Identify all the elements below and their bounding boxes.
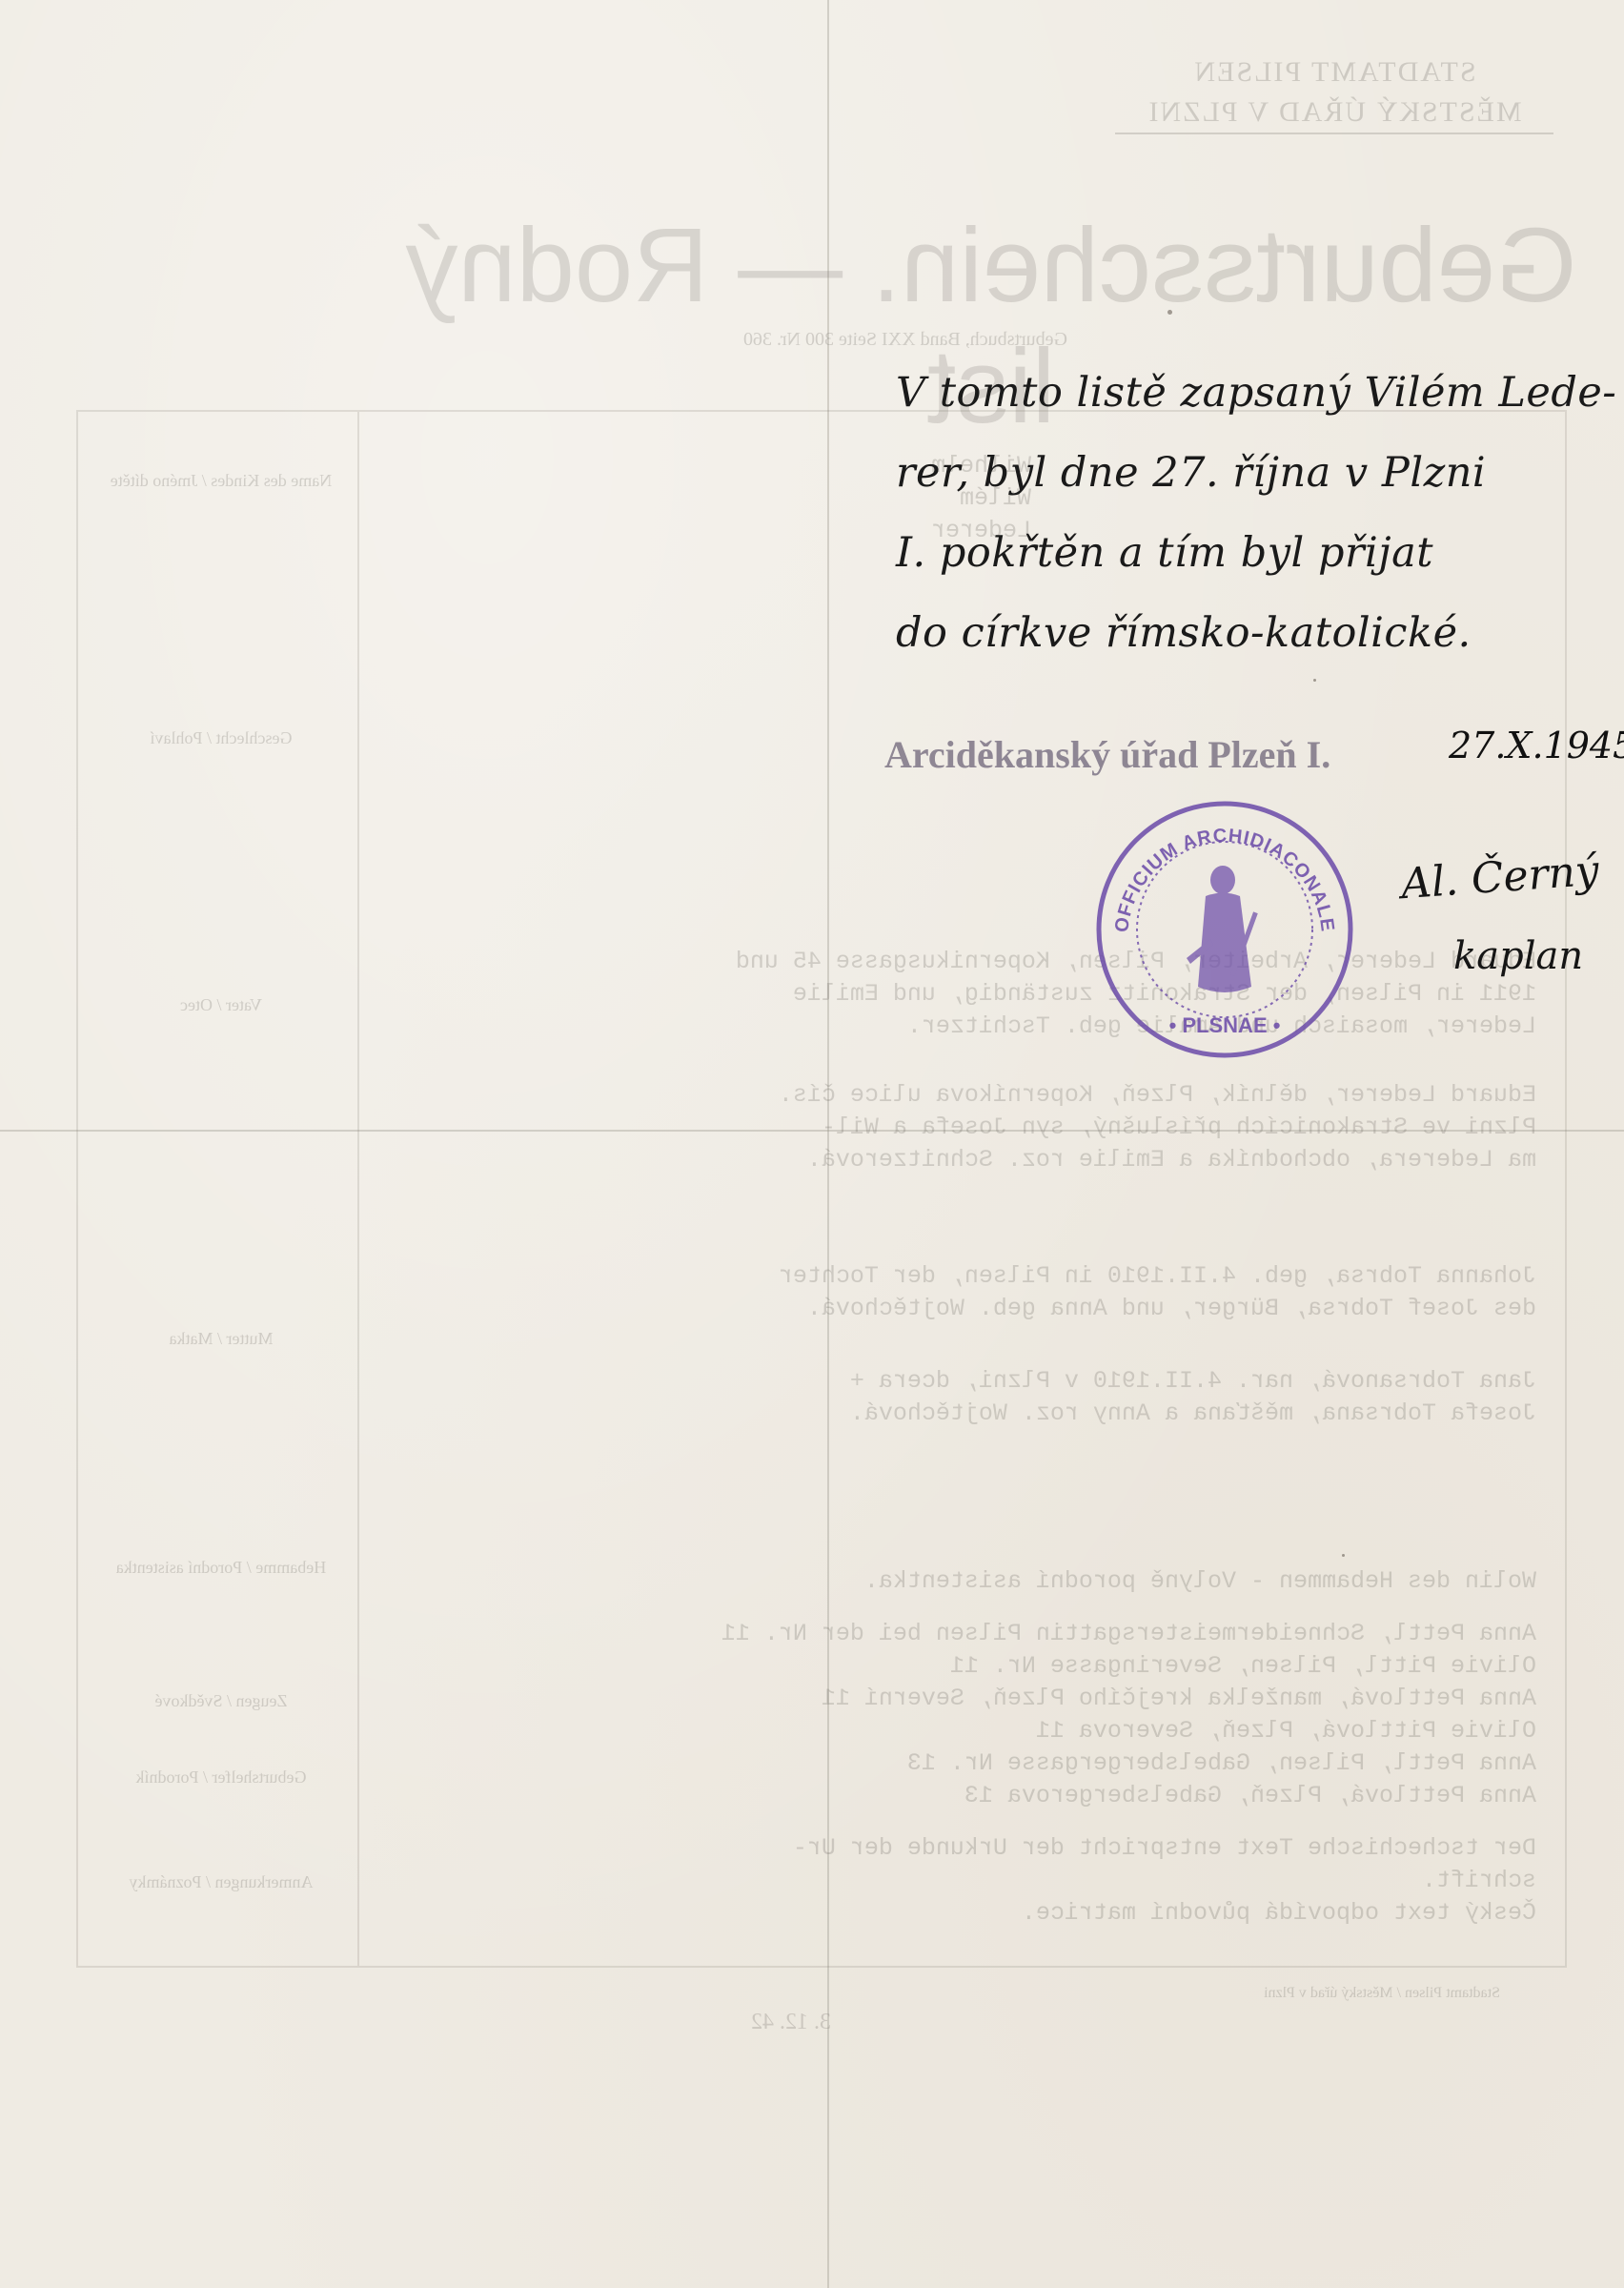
bleed-typed-line: schrift. <box>78 1865 1565 1897</box>
bleed-row-label: Zeugen / Svědkové <box>97 1689 345 1712</box>
bleed-block-witnesses: Anna Pettl, Schneidermeistersgattin Pils… <box>78 1618 1565 1812</box>
bleed-row-label: Name des Kindes / Jméno dítěte <box>97 469 345 492</box>
horizontal-fold-crease <box>0 1130 1624 1132</box>
bleed-typed-line: Der tschechische Text entspricht der Urk… <box>78 1832 1565 1865</box>
bleed-typed-line: Eduard Lederer, dělník, Plzeň, Koperníko… <box>78 1079 1565 1112</box>
vertical-fold-crease <box>827 0 829 2288</box>
bleed-register-ref: Geburtsbuch, Band XXI Seite 300 Nr. 360 <box>619 329 1191 351</box>
bleed-typed-line: des Josef Tobrsa, Bürger, und Anna geb. … <box>78 1293 1565 1325</box>
parish-seal-stamp: OFFICIUM ARCHIDIACONALE AD S. BARTHOLOMA… <box>1091 796 1358 1063</box>
bleed-office-header-line: MĚSTSKÝ ÚŘAD V PLZNI <box>1115 92 1553 133</box>
bleed-row-label: Anmerkungen / Poznámky <box>97 1870 345 1893</box>
seal-icon: OFFICIUM ARCHIDIACONALE AD S. BARTHOLOMA… <box>1091 796 1358 1063</box>
bleed-block-mother-de: Johanna Tobrsa, geb. 4.II.1910 in Pilsen… <box>78 1260 1565 1325</box>
bleed-typed-line: ma Lederera, obchodníka a Emilie roz. Sc… <box>78 1144 1565 1176</box>
signature-title: kaplan <box>1453 934 1583 978</box>
note-line: do církve římsko-katolické. <box>896 593 1601 673</box>
bleed-row-label: Mutter / Matka <box>97 1327 345 1350</box>
bleed-typed-line: Anna Pettlová, Plzeň, Gabelsbergerova 13 <box>78 1780 1565 1812</box>
svg-text:• PLSNAE •: • PLSNAE • <box>1169 1013 1281 1037</box>
archdeaconry-office-stamp-line: Arciděkanský úřad Plzeň I. <box>884 732 1330 777</box>
note-line: rer, byl dne 27. října v Plzni <box>896 433 1601 513</box>
signature: Al. Černý <box>1399 847 1600 909</box>
bleed-typed-line: Johanna Tobrsa, geb. 4.II.1910 in Pilsen… <box>78 1260 1565 1293</box>
bleed-row-label: Geburtshelfer / Porodník <box>97 1766 345 1788</box>
bleed-office-header: STADTAMT PILSEN MĚSTSKÝ ÚŘAD V PLZNI <box>1115 52 1553 134</box>
bleed-footer: Stadtamt Pilsen / Městský úřad v Plzni <box>1239 1983 1525 2004</box>
bleed-row-label: Vater / Otec <box>97 993 345 1016</box>
paper-speck <box>1167 310 1172 315</box>
handwritten-baptism-note: V tomto listě zapsaný Vilém Lede- rer, b… <box>896 353 1601 673</box>
bleed-typed-line: Wolin des Hebammen - Volyně porodní asis… <box>78 1565 1565 1598</box>
bleed-through-layer: STADTAMT PILSEN MĚSTSKÝ ÚŘAD V PLZNI Geb… <box>0 0 1624 2288</box>
bleed-office-header-line: STADTAMT PILSEN <box>1115 52 1553 92</box>
bleed-row-label: Hebamme / Porodní asistentka <box>97 1556 345 1579</box>
bleed-typed-line: Plzni ve Strakonicích příslušný, syn Jos… <box>78 1112 1565 1144</box>
bleed-row-label: Geschlecht / Pohlaví <box>97 726 345 749</box>
note-line: I. pokřtěn a tím byl přijat <box>896 513 1601 593</box>
bleed-typed-line: Olivie Pittlová, Plzeň, Severova 11 <box>78 1715 1565 1747</box>
bleed-typed-line: Český text odpovídá původní matrice. <box>78 1897 1565 1930</box>
bleed-typed-line: Olivie Pittl, Pilsen, Severingasse Nr. 1… <box>78 1650 1565 1683</box>
handwritten-date: 27.X.1945 <box>1449 725 1624 766</box>
bleed-typed-line: Josefa Tobrsana, měšťana a Anny roz. Woj… <box>78 1398 1565 1430</box>
bleed-table-column-divider <box>357 412 359 1966</box>
bleed-block-mother-cs: Jana Tobrsanová, nar. 4.II.1910 v Plzni,… <box>78 1365 1565 1430</box>
bleed-typed-line: Anna Pettlová, manželka krejčího Plzeň, … <box>78 1683 1565 1715</box>
bleed-block-remarks: Der tschechische Text entspricht der Urk… <box>78 1832 1565 1930</box>
bleed-footer-date: 3. 12. 42 <box>667 2012 915 2033</box>
bleed-typed-line: Anna Pettl, Schneidermeistersgattin Pils… <box>78 1618 1565 1650</box>
bleed-typed-line: Anna Pettl, Pilsen, Gabelsbergergasse Nr… <box>78 1747 1565 1780</box>
bleed-block-midwife: Wolin des Hebammen - Volyně porodní asis… <box>78 1565 1565 1598</box>
note-line: V tomto listě zapsaný Vilém Lede- <box>896 353 1601 433</box>
paper-speck <box>1342 1554 1345 1557</box>
bleed-footer-office: Stadtamt Pilsen / Městský úřad v Plzni <box>1239 1983 1525 2004</box>
bleed-typed-line: Jana Tobrsanová, nar. 4.II.1910 v Plzni,… <box>78 1365 1565 1398</box>
paper-speck <box>1313 679 1316 682</box>
bleed-block-father-cs: Eduard Lederer, dělník, Plzeň, Koperníko… <box>78 1079 1565 1176</box>
